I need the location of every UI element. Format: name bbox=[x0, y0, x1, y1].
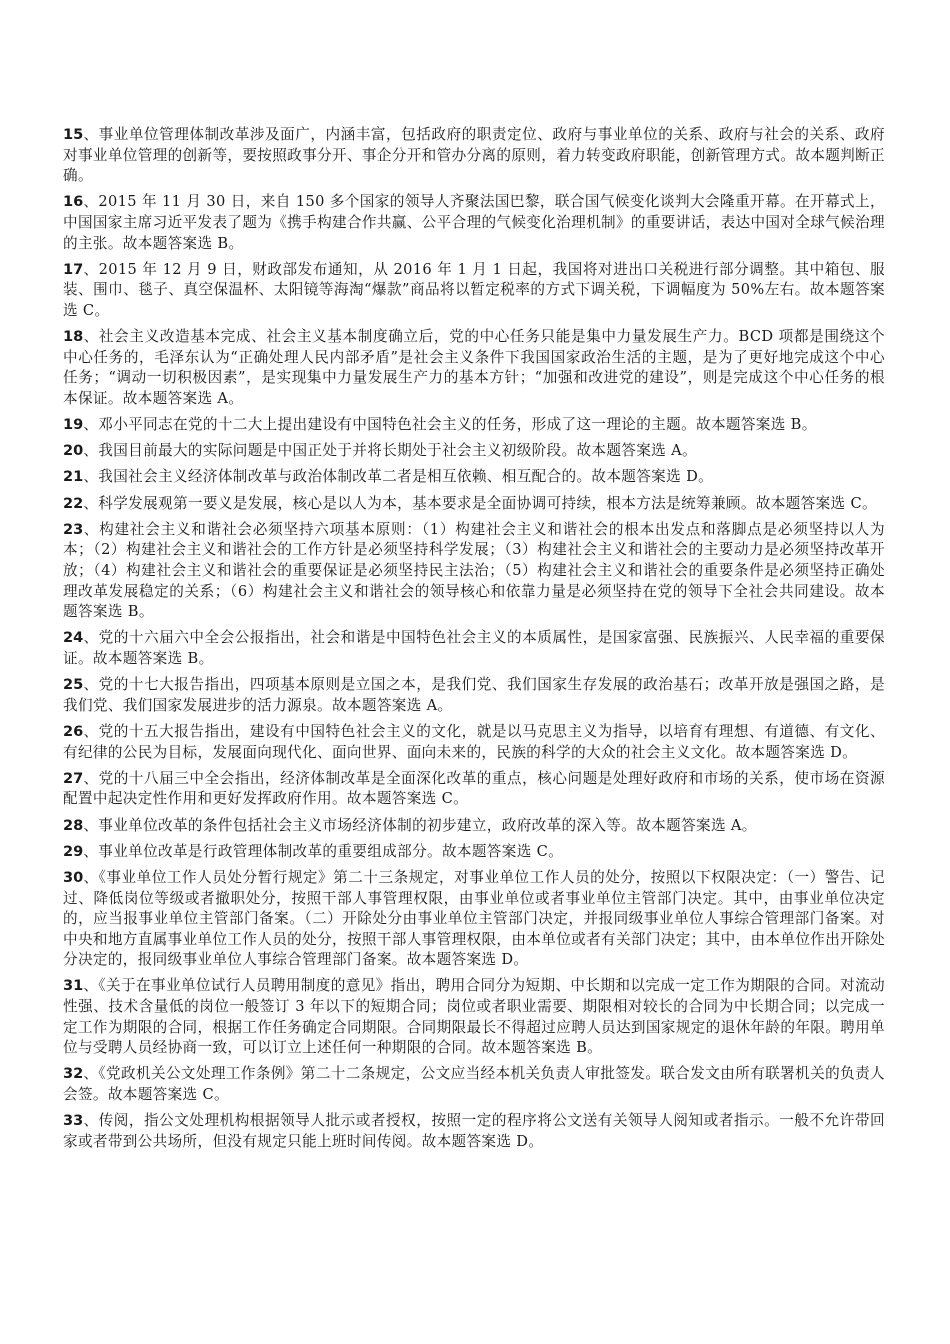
question-number: 20 bbox=[63, 442, 83, 459]
number-separator: 、 bbox=[83, 442, 98, 459]
question-number: 27 bbox=[63, 770, 83, 787]
number-separator: 、 bbox=[83, 977, 98, 994]
answer-item-20: 20、我国目前最大的实际问题是中国正处于并将长期处于社会主义初级阶段。故本题答案… bbox=[63, 441, 885, 462]
explanation-text: 邓小平同志在党的十二大上提出建设有中国特色社会主义的任务，形成了这一理论的主题。… bbox=[98, 416, 816, 433]
question-number: 15 bbox=[63, 126, 83, 143]
number-separator: 、 bbox=[83, 723, 98, 740]
number-separator: 、 bbox=[83, 261, 98, 278]
question-number: 22 bbox=[63, 495, 83, 512]
answer-item-23: 23、构建社会主义和谐社会必须坚持六项基本原则：（1）构建社会主义和谐社会的根本… bbox=[63, 520, 885, 623]
number-separator: 、 bbox=[83, 1112, 98, 1129]
answer-item-17: 17、2015 年 12 月 9 日，财政部发布通知，从 2016 年 1 月 … bbox=[63, 260, 885, 322]
question-number: 32 bbox=[63, 1065, 83, 1082]
question-number: 33 bbox=[63, 1112, 83, 1129]
number-separator: 、 bbox=[83, 126, 98, 143]
answer-item-33: 33、传阅，指公文处理机构根据领导人批示或者授权，按照一定的程序将公文送有关领导… bbox=[63, 1111, 885, 1152]
number-separator: 、 bbox=[83, 817, 98, 834]
question-number: 16 bbox=[63, 193, 83, 210]
explanation-text: 事业单位管理体制改革涉及面广，内涵丰富，包括政府的职责定位、政府与事业单位的关系… bbox=[63, 126, 885, 184]
number-separator: 、 bbox=[83, 328, 99, 345]
explanation-text: 我国社会主义经济体制改革与政治体制改革二者是相互依赖、相互配合的。故本题答案选 … bbox=[98, 468, 713, 485]
answer-item-26: 26、党的十五大报告指出，建设有中国特色社会主义的文化，就是以马克思主义为指导，… bbox=[63, 722, 885, 763]
answer-item-29: 29、事业单位改革是行政管理体制改革的重要组成部分。故本题答案选 C。 bbox=[63, 842, 885, 863]
question-number: 24 bbox=[63, 629, 83, 646]
question-number: 30 bbox=[63, 869, 83, 886]
question-number: 23 bbox=[63, 521, 83, 538]
explanation-text: 构建社会主义和谐社会必须坚持六项基本原则：（1）构建社会主义和谐社会的根本出发点… bbox=[63, 521, 885, 620]
number-separator: 、 bbox=[83, 676, 98, 693]
answer-item-30: 30、《事业单位工作人员处分暂行规定》第二十三条规定，对事业单位工作人员的处分，… bbox=[63, 868, 885, 971]
answer-explanations-page: 15、事业单位管理体制改革涉及面广，内涵丰富，包括政府的职责定位、政府与事业单位… bbox=[63, 125, 885, 1158]
number-separator: 、 bbox=[83, 1065, 98, 1082]
explanation-text: 《关于在事业单位试行人员聘用制度的意见》指出，聘用合同分为短期、中长期和以完成一… bbox=[63, 977, 885, 1056]
number-separator: 、 bbox=[83, 843, 98, 860]
explanation-text: 党的十六届六中全会公报指出，社会和谐是中国特色社会主义的本质属性，是国家富强、民… bbox=[63, 629, 885, 667]
explanation-text: 《事业单位工作人员处分暂行规定》第二十三条规定，对事业单位工作人员的处分，按照以… bbox=[63, 869, 885, 968]
answer-item-32: 32、《党政机关公文处理工作条例》第二十二条规定，公文应当经本机关负责人审批签发… bbox=[63, 1064, 885, 1105]
number-separator: 、 bbox=[83, 468, 98, 485]
answer-item-24: 24、党的十六届六中全会公报指出，社会和谐是中国特色社会主义的本质属性，是国家富… bbox=[63, 628, 885, 669]
number-separator: 、 bbox=[83, 416, 98, 433]
explanation-text: 我国目前最大的实际问题是中国正处于并将长期处于社会主义初级阶段。故本题答案选 A… bbox=[98, 442, 697, 459]
question-number: 21 bbox=[63, 468, 83, 485]
explanation-text: 事业单位改革的条件包括社会主义市场经济体制的初步建立，政府改革的深入等。故本题答… bbox=[98, 817, 756, 834]
answer-item-16: 16、2015 年 11 月 30 日，来自 150 多个国家的领导人齐聚法国巴… bbox=[63, 192, 885, 254]
answer-item-19: 19、邓小平同志在党的十二大上提出建设有中国特色社会主义的任务，形成了这一理论的… bbox=[63, 415, 885, 436]
answer-item-27: 27、党的十八届三中全会指出，经济体制改革是全面深化改革的重点，核心问题是处理好… bbox=[63, 769, 885, 810]
answer-item-18: 18、社会主义改造基本完成、社会主义基本制度确立后，党的中心任务只能是集中力量发… bbox=[63, 327, 885, 409]
question-number: 19 bbox=[63, 416, 83, 433]
explanation-text: 传阅，指公文处理机构根据领导人批示或者授权，按照一定的程序将公文送有关领导人阅知… bbox=[63, 1112, 885, 1150]
answer-item-22: 22、科学发展观第一要义是发展，核心是以人为本，基本要求是全面协调可持续，根本方… bbox=[63, 494, 885, 515]
explanation-text: 党的十八届三中全会指出，经济体制改革是全面深化改革的重点，核心问题是处理好政府和… bbox=[63, 770, 885, 808]
answer-item-21: 21、我国社会主义经济体制改革与政治体制改革二者是相互依赖、相互配合的。故本题答… bbox=[63, 467, 885, 488]
explanation-text: 党的十五大报告指出，建设有中国特色社会主义的文化，就是以马克思主义为指导，以培育… bbox=[63, 723, 885, 761]
question-number: 29 bbox=[63, 843, 83, 860]
number-separator: 、 bbox=[83, 629, 98, 646]
explanation-text: 社会主义改造基本完成、社会主义基本制度确立后，党的中心任务只能是集中力量发展生产… bbox=[63, 328, 885, 407]
explanation-text: 党的十七大报告指出，四项基本原则是立国之本，是我们党、我们国家生存发展的政治基石… bbox=[63, 676, 885, 714]
number-separator: 、 bbox=[83, 770, 98, 787]
answer-item-28: 28、事业单位改革的条件包括社会主义市场经济体制的初步建立，政府改革的深入等。故… bbox=[63, 816, 885, 837]
question-number: 17 bbox=[63, 261, 83, 278]
question-number: 28 bbox=[63, 817, 83, 834]
answer-item-31: 31、《关于在事业单位试行人员聘用制度的意见》指出，聘用合同分为短期、中长期和以… bbox=[63, 976, 885, 1058]
number-separator: 、 bbox=[83, 495, 98, 512]
number-separator: 、 bbox=[83, 869, 98, 886]
number-separator: 、 bbox=[83, 193, 98, 210]
number-separator: 、 bbox=[83, 521, 99, 538]
question-number: 25 bbox=[63, 676, 83, 693]
explanation-text: 2015 年 11 月 30 日，来自 150 多个国家的领导人齐聚法国巴黎，联… bbox=[63, 193, 885, 251]
explanation-text: 《党政机关公文处理工作条例》第二十二条规定，公文应当经本机关负责人审批签发。联合… bbox=[63, 1065, 885, 1103]
answer-item-15: 15、事业单位管理体制改革涉及面广，内涵丰富，包括政府的职责定位、政府与事业单位… bbox=[63, 125, 885, 187]
explanation-text: 科学发展观第一要义是发展，核心是以人为本，基本要求是全面协调可持续，根本方法是统… bbox=[98, 495, 877, 512]
explanation-text: 2015 年 12 月 9 日，财政部发布通知，从 2016 年 1 月 1 日… bbox=[63, 261, 885, 319]
question-number: 18 bbox=[63, 328, 83, 345]
question-number: 26 bbox=[63, 723, 83, 740]
answer-item-25: 25、党的十七大报告指出，四项基本原则是立国之本，是我们党、我们国家生存发展的政… bbox=[63, 675, 885, 716]
explanation-text: 事业单位改革是行政管理体制改革的重要组成部分。故本题答案选 C。 bbox=[98, 843, 563, 860]
question-number: 31 bbox=[63, 977, 83, 994]
